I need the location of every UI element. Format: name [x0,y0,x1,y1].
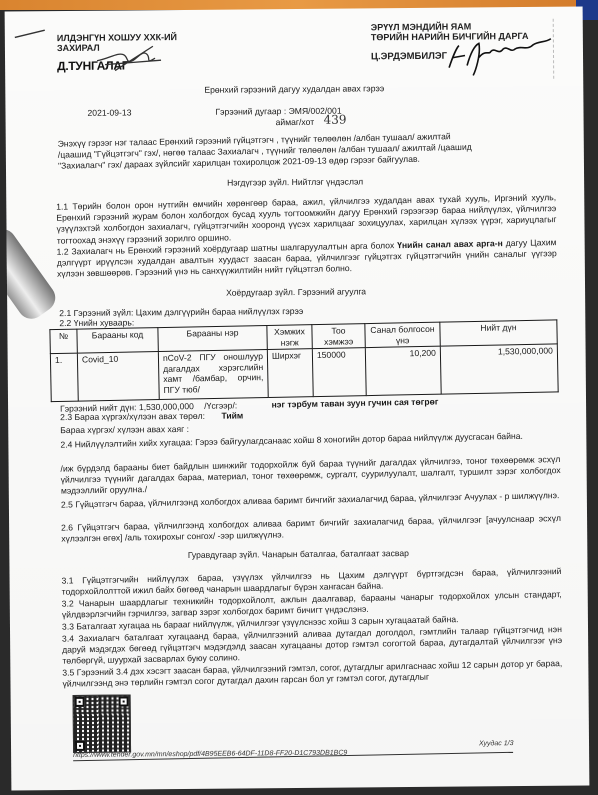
col-price: Санал болгосон үнэ [365,322,440,347]
handwritten-number: 439 [324,113,347,127]
cell-no: 1. [50,353,78,402]
cell-name: nCoV-2 ПГУ оношлуур дагалдах хэрэгслийн … [158,349,268,399]
col-code: Барааны код [77,328,158,354]
intro-paragraph: Энэхүү гэрээг нэг талаас Ерөнхий гэрээни… [58,129,559,172]
aimag-label: аймаг/хот [276,117,315,129]
table-row: 1. Covid_10 nCoV-2 ПГУ оношлуур дагалдах… [50,344,558,402]
qr-code-icon [73,694,132,753]
delivery-type-label: 2.3 Бараа хүргэх/хүлээн авах төрөл: [60,411,205,422]
section-2-3-address: Бараа хүргэх/ хүлээн авах хаяг : [60,424,189,436]
section-2-6: 2.6 Гүйцэтгэгч бараа, үйлчилгээнд холбог… [61,513,561,545]
pen-object [5,224,61,325]
col-qty: Тоо хэмжээ [312,324,365,349]
cell-price: 10,200 [365,346,441,395]
signature-right-icon [445,37,555,78]
delivery-type-value: Тийм [221,410,243,420]
section-1-title: Нэгдүгээр зүйл. Нийтлэг үндэслэл [6,174,584,190]
col-total: Нийт дүн [440,320,557,346]
pen-mark-icon [13,27,49,39]
document-title: Ерөнхий гэрээний дагуу худалдан авах гэр… [5,81,583,97]
cell-code: Covid_10 [77,352,159,402]
page-number: Хуудас 1/3 [479,740,514,747]
contract-date: 2021-09-13 [87,107,131,119]
section-3-title: Гуравдугаар зүйл. Чанарын баталгаа, бата… [9,546,587,562]
section-2-title: Хоёрдугаар зүйл. Гэрээний агуулга [7,284,585,300]
section-1-2-bold: Үнийн санал авах арга-н [397,238,503,250]
total-words: нэг тэрбум таван зуун гучин сая төгрөг [271,396,438,409]
margin-mark [553,19,557,79]
contract-number-label: Гэрээний дугаар : [215,106,286,117]
cell-total: 1,530,000,000 [440,344,558,394]
section-2-3: 2.3 Бараа хүргэх/хүлээн авах төрөл: Тийм [60,410,243,423]
total-words-label: /Үсгээр/: [204,400,237,411]
cell-unit: Ширхэг [267,349,313,398]
footer-url[interactable]: https://www.tender.gov.mn/mn/eshop/pdf/4… [73,750,347,759]
document-page: ИЛДЭНГҮН ХОШУУ ХХК-ий ЗАХИРАЛ Д.ТУНГАЛАГ… [5,6,590,790]
signature-left-icon [95,42,165,75]
cell-qty: 150000 [312,348,366,397]
price-schedule-table: № Барааны код Барааны нэр Хэмжих нэгж То… [49,319,558,402]
col-unit: Хэмжих нэгж [267,325,312,350]
col-name: Барааны нэр [158,325,267,351]
col-no: № [50,329,77,354]
